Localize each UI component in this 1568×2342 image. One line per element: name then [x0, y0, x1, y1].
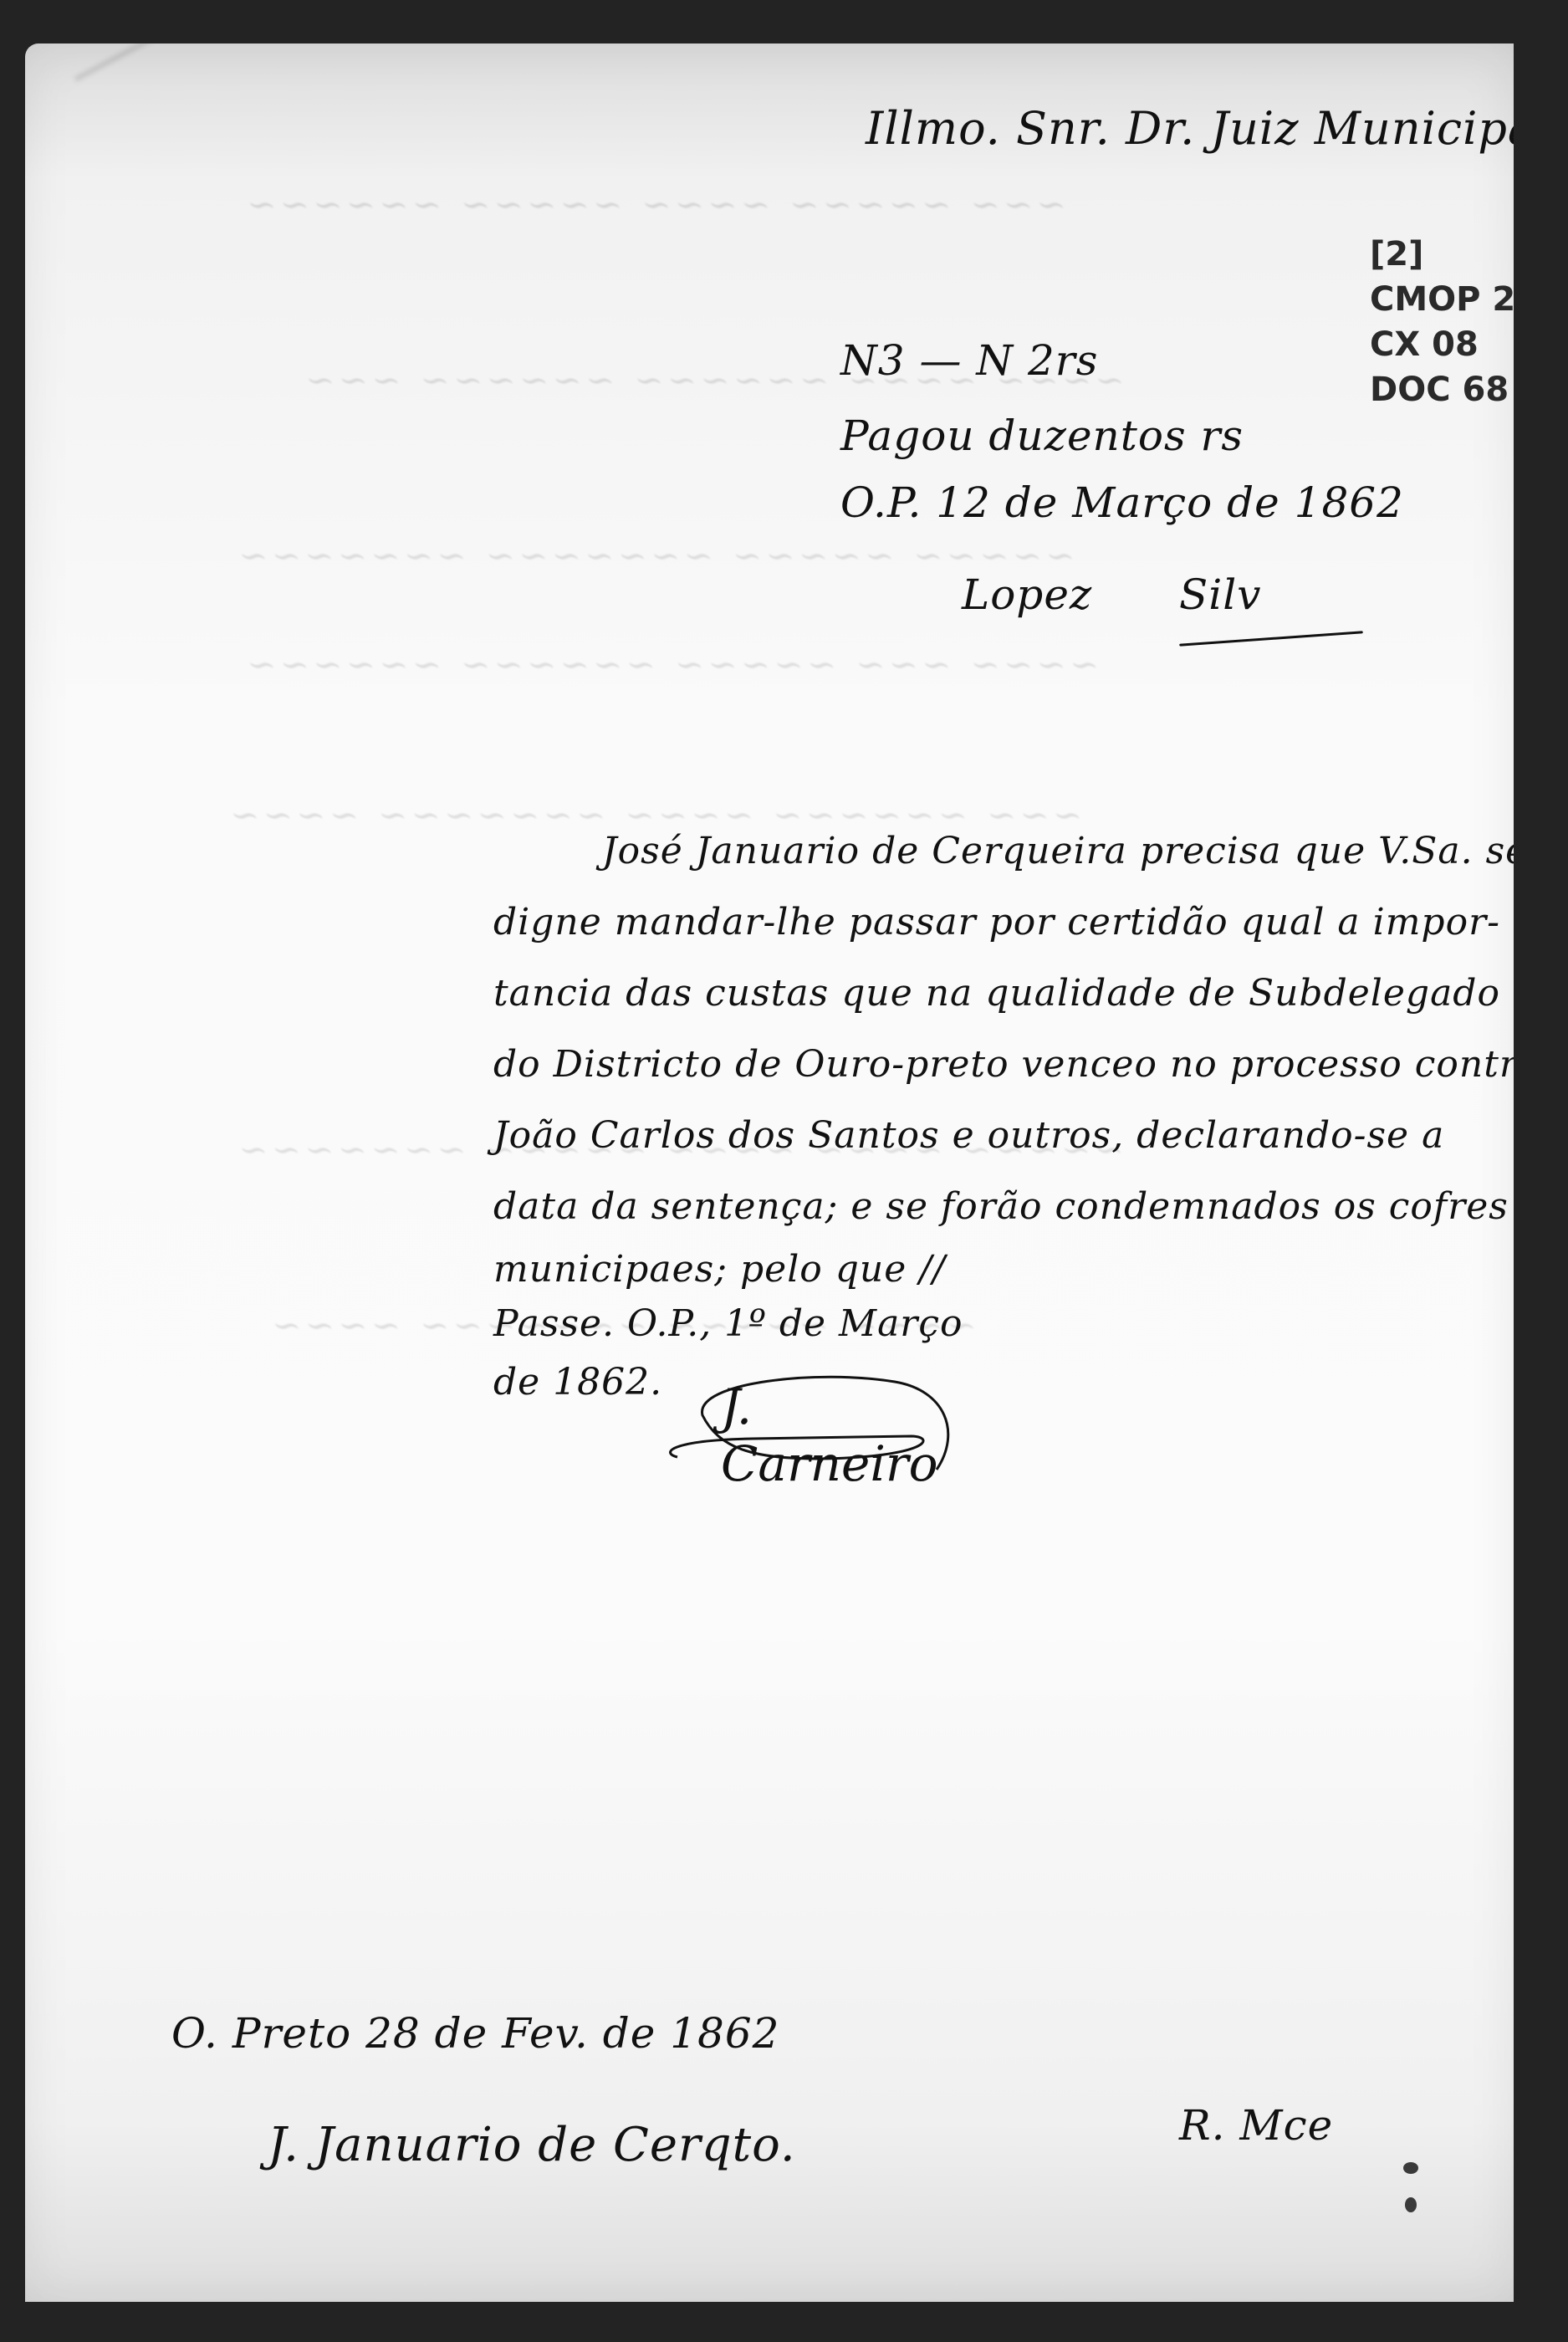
body-line-6: data da sentença; e se forão condemnados…: [493, 1185, 1509, 1228]
scanned-document-viewer: ~~~ ~~~~~ ~~~~ ~~~~~ ~~~~~~ ~~~~ ~~~~ ~~…: [0, 0, 1568, 2342]
body-line-5: João Carlos dos Santos e outros, declara…: [493, 1114, 1444, 1157]
address-line: Illmo. Snr. Dr. Juiz Municipal.: [866, 102, 1514, 155]
body-line-1: José Januario de Cerqueira precisa que V…: [602, 830, 1514, 872]
closing-line-2: de 1862.: [493, 1361, 662, 1404]
fee-note-date: O.P. 12 de Março de 1862: [840, 478, 1404, 527]
body-line-2: digne mandar-lhe passar por certidão qua…: [493, 901, 1500, 943]
petitioner-signature: J. Carneiro: [652, 1365, 970, 1474]
ink-spot: [1405, 2197, 1417, 2212]
manuscript-page: ~~~ ~~~~~ ~~~~ ~~~~~ ~~~~~~ ~~~~ ~~~~ ~~…: [25, 43, 1514, 2302]
body-line-3: tancia das custas que na qualidade de Su…: [493, 972, 1500, 1015]
body-line-4: do Districto de Ouro-preto venceo no pro…: [493, 1043, 1514, 1086]
bleed-through-text: ~~~ ~~~~~ ~~~~ ~~~~~ ~~~~~~: [237, 186, 1072, 224]
archive-label-box: CX 08: [1370, 322, 1514, 367]
fee-note-paid: Pagou duzentos rs: [840, 412, 1244, 460]
ink-spot: [1403, 2162, 1418, 2174]
bleed-through-text: ~~~~~ ~~~~~ ~~~~~~~ ~~~~~~~: [228, 537, 1080, 575]
fee-note-number: N3 — N 2rs: [840, 336, 1098, 385]
archive-label-page: [2]: [1370, 232, 1514, 277]
footer-date-line: O. Preto 28 de Fev. de 1862: [171, 2009, 779, 2058]
footer-signature: J. Januario de Cerqto.: [268, 2118, 796, 2172]
archive-labels: [2] CMOP 2 CX 08 DOC 68: [1370, 232, 1514, 412]
bleed-through-text: ~~~~ ~~~ ~~~~~ ~~~~~~ ~~~~~~: [237, 646, 1105, 684]
signature-flourish: [1179, 631, 1363, 646]
closing-line-1: Passe. O.P., 1º de Março: [493, 1302, 963, 1345]
body-line-7: municipaes; pelo que //: [493, 1248, 946, 1291]
paper-crease: [74, 43, 268, 82]
archive-label-doc: DOC 68: [1370, 367, 1514, 412]
fee-note-signature-silv: Silv: [1179, 570, 1261, 619]
archive-label-collection: CMOP 2: [1370, 277, 1514, 322]
footer-abbreviation: R. Mce: [1179, 2101, 1333, 2150]
signature-text: J. Carneiro: [721, 1378, 970, 1492]
fee-note-signature-lopez: Lopez: [962, 570, 1092, 619]
